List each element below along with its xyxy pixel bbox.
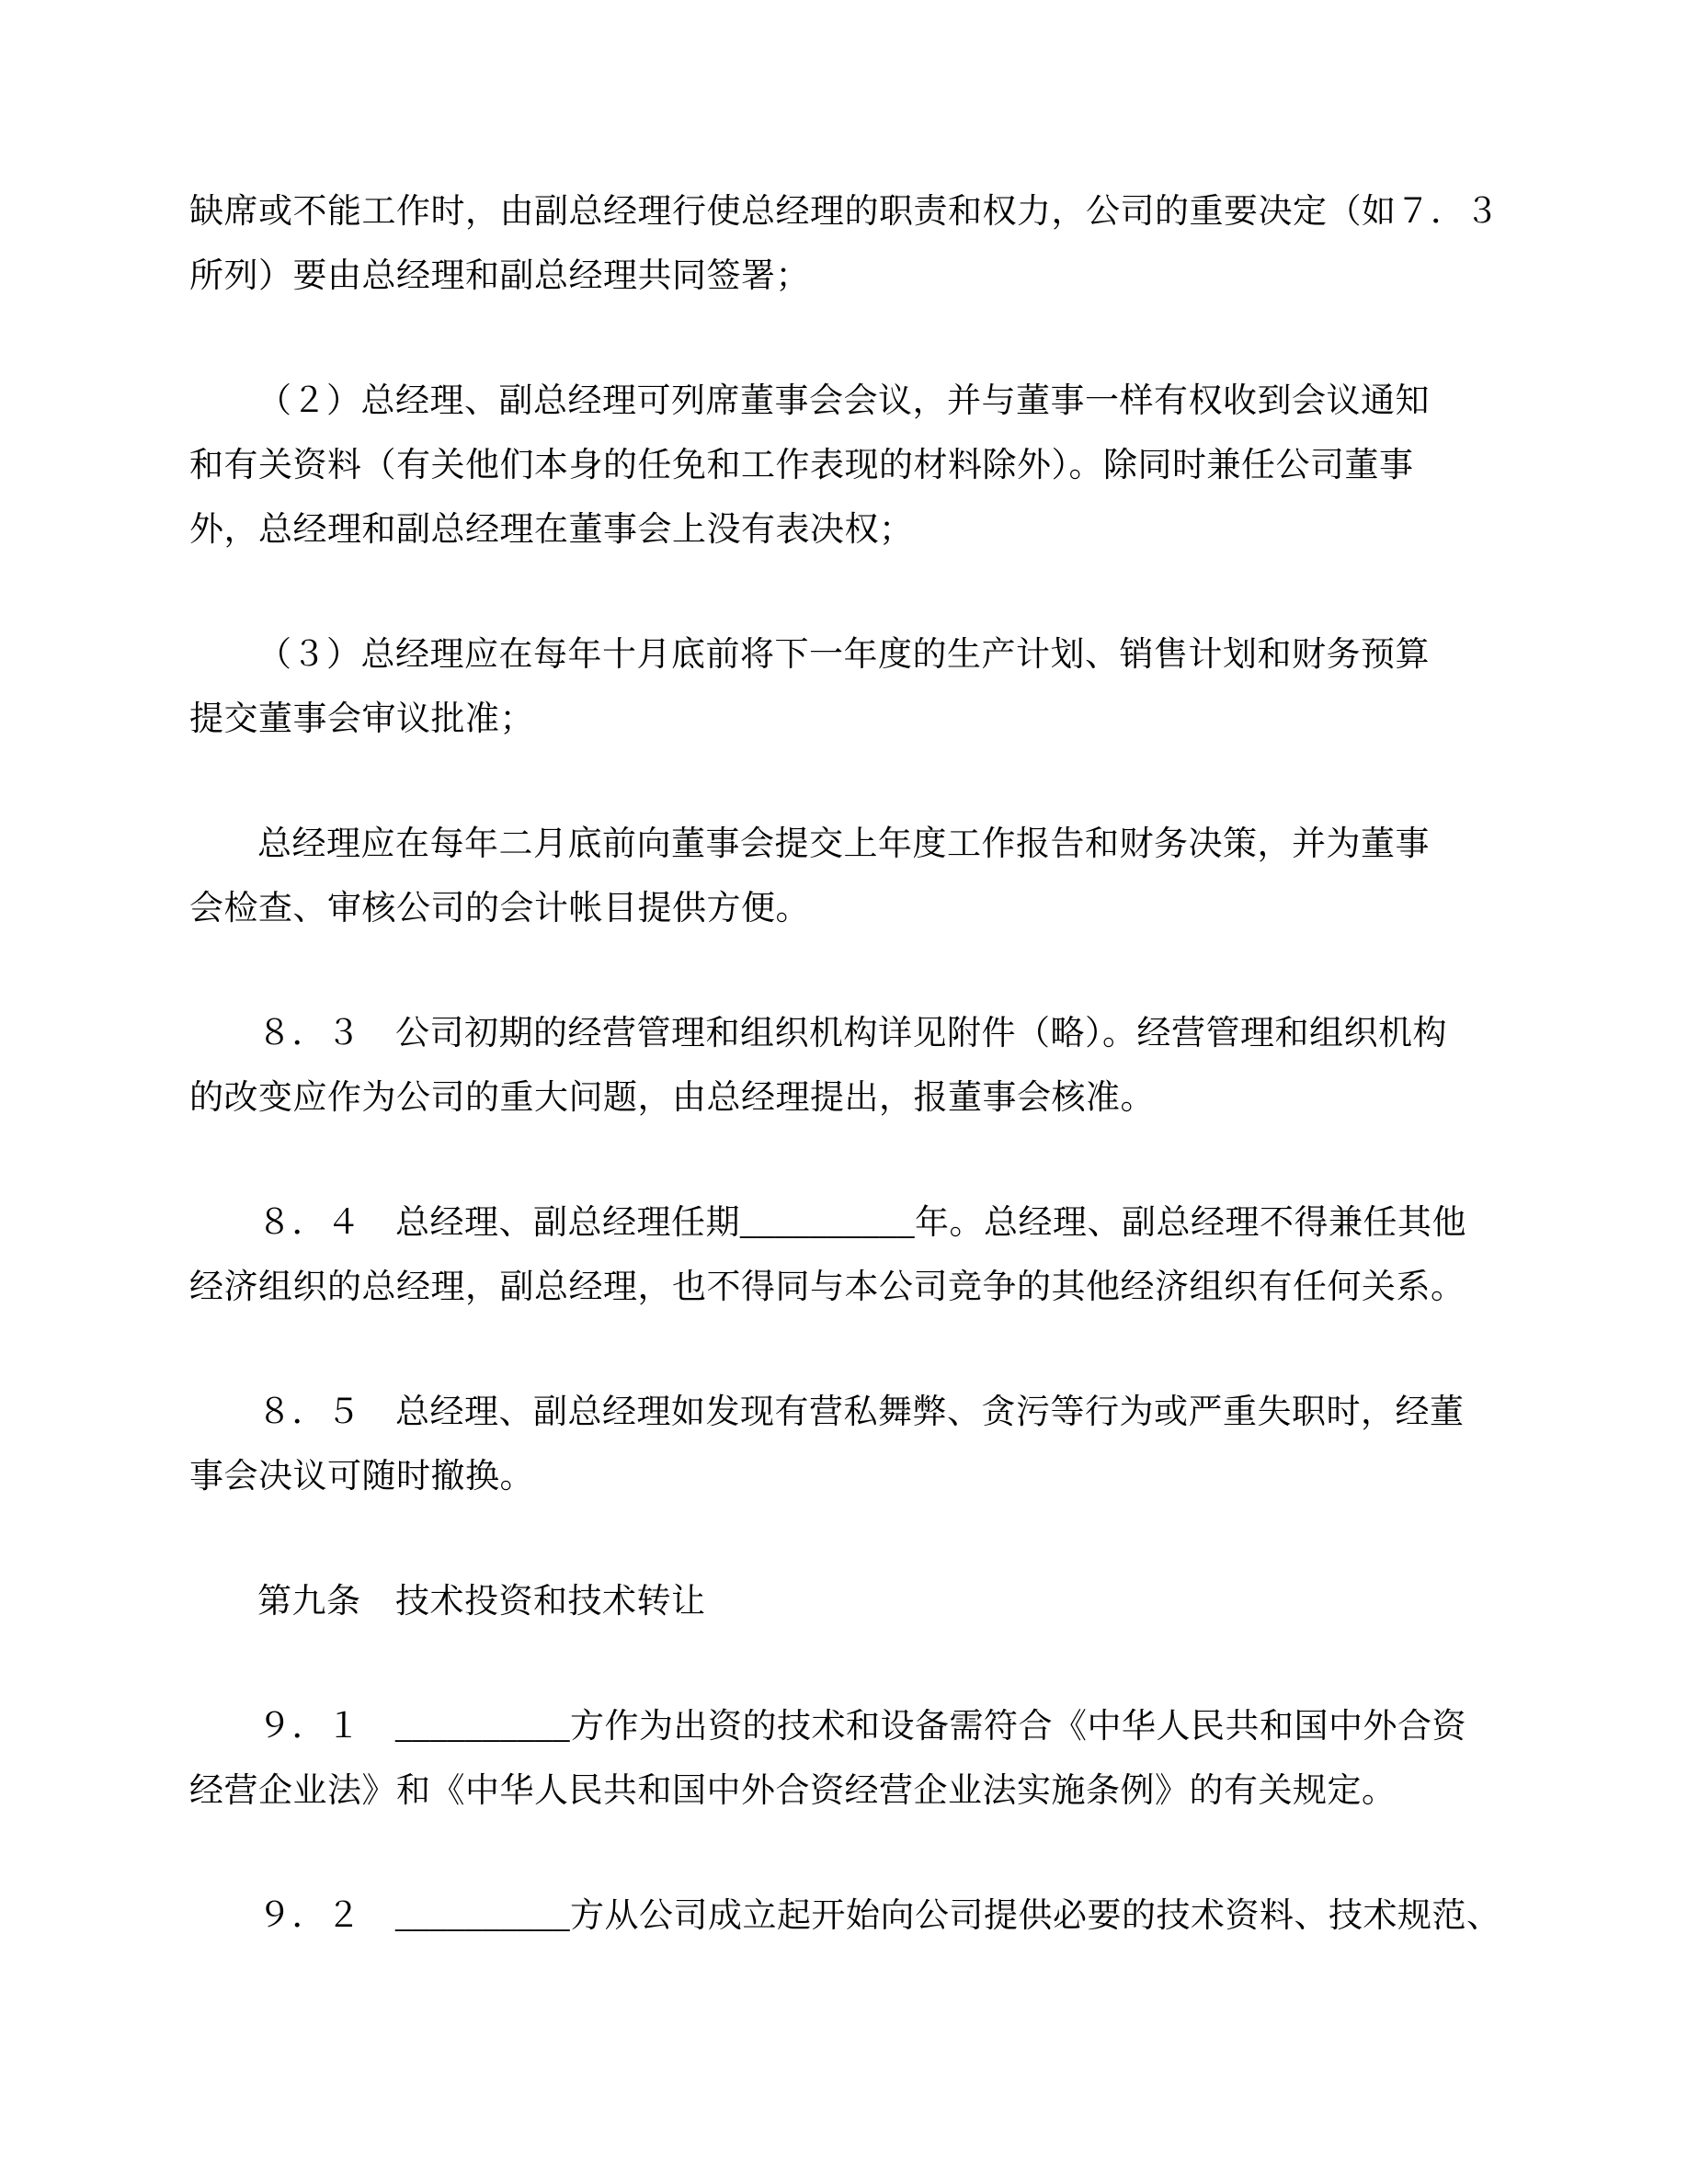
text-line: ９．１ __________方作为出资的技术和设备需符合《中华人民共和国中外合资: [189, 1695, 1541, 1759]
paragraph-clause-8-4: ８．４ 总经理、副总经理任期__________年。总经理、副总经理不得兼任其他…: [189, 1191, 1541, 1320]
paragraph-clause-9-2: ９．２ __________方从公司成立起开始向公司提供必要的技术资料、技术规范…: [189, 1884, 1541, 1949]
text-line: 经济组织的总经理，副总经理，也不得同与本公司竞争的其他经济组织有任何关系。: [189, 1256, 1541, 1320]
text-line: 提交董事会审议批准；: [189, 688, 1541, 752]
text-line: 总经理应在每年二月底前向董事会提交上年度工作报告和财务决策，并为董事: [189, 813, 1541, 877]
paragraph-article-9-heading: 第九条 技术投资和技术转让: [189, 1570, 1541, 1634]
document-page: 缺席或不能工作时，由副总经理行使总经理的职责和权力，公司的重要决定（如７．３所列…: [0, 0, 1688, 2184]
paragraph-clause-8-2-item-3-sub: 总经理应在每年二月底前向董事会提交上年度工作报告和财务决策，并为董事会检查、审核…: [189, 813, 1541, 941]
text-line: 会检查、审核公司的会计帐目提供方便。: [189, 877, 1541, 941]
text-line: ９．２ __________方从公司成立起开始向公司提供必要的技术资料、技术规范…: [189, 1884, 1541, 1949]
text-line: 外，总经理和副总经理在董事会上没有表决权；: [189, 498, 1541, 563]
text-line: 第九条 技术投资和技术转让: [189, 1570, 1541, 1634]
paragraph-clause-8-5: ８．５ 总经理、副总经理如发现有营私舞弊、贪污等行为或严重失职时，经董事会决议可…: [189, 1381, 1541, 1509]
text-line: ８．４ 总经理、副总经理任期__________年。总经理、副总经理不得兼任其他: [189, 1191, 1541, 1256]
text-line: （３）总经理应在每年十月底前将下一年度的生产计划、销售计划和财务预算: [189, 623, 1541, 688]
text-line: （２）总经理、副总经理可列席董事会会议，并与董事一样有权收到会议通知: [189, 370, 1541, 434]
text-line: 和有关资料（有关他们本身的任免和工作表现的材料除外）。除同时兼任公司董事: [189, 434, 1541, 498]
paragraph-clause-9-1: ９．１ __________方作为出资的技术和设备需符合《中华人民共和国中外合资…: [189, 1695, 1541, 1824]
text-line: ８．３ 公司初期的经营管理和组织机构详见附件（略）。经营管理和组织机构: [189, 1002, 1541, 1066]
paragraph-clause-7-continuation: 缺席或不能工作时，由副总经理行使总经理的职责和权力，公司的重要决定（如７．３所列…: [189, 180, 1541, 309]
text-line: 的改变应作为公司的重大问题，由总经理提出，报董事会核准。: [189, 1066, 1541, 1131]
text-line: 缺席或不能工作时，由副总经理行使总经理的职责和权力，公司的重要决定（如７．３: [189, 180, 1541, 245]
text-line: ８．５ 总经理、副总经理如发现有营私舞弊、贪污等行为或严重失职时，经董: [189, 1381, 1541, 1445]
paragraph-clause-8-3: ８．３ 公司初期的经营管理和组织机构详见附件（略）。经营管理和组织机构的改变应作…: [189, 1002, 1541, 1131]
text-line: 经营企业法》和《中华人民共和国中外合资经营企业法实施条例》的有关规定。: [189, 1759, 1541, 1824]
text-line: 所列）要由总经理和副总经理共同签署；: [189, 245, 1541, 309]
text-line: 事会决议可随时撤换。: [189, 1445, 1541, 1509]
document-body: 缺席或不能工作时，由副总经理行使总经理的职责和权力，公司的重要决定（如７．３所列…: [189, 180, 1541, 1949]
paragraph-clause-8-2-item-3: （３）总经理应在每年十月底前将下一年度的生产计划、销售计划和财务预算提交董事会审…: [189, 623, 1541, 752]
paragraph-clause-8-2-item-2: （２）总经理、副总经理可列席董事会会议，并与董事一样有权收到会议通知和有关资料（…: [189, 370, 1541, 563]
